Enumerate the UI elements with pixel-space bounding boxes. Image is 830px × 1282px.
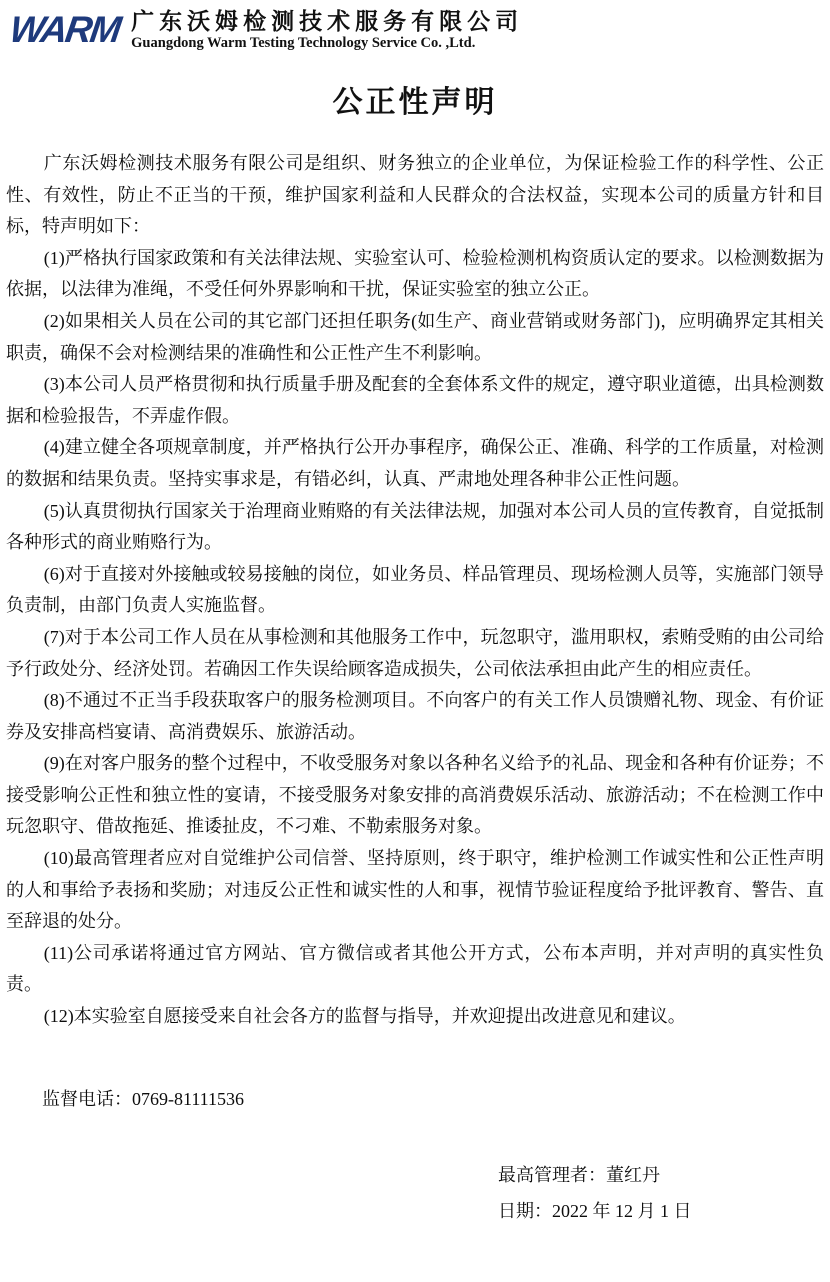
statement-item-2: (2)如果相关人员在公司的其它部门还担任职务(如生产、商业营销或财务部门)，应明…: [6, 306, 824, 369]
statement-item-5: (5)认真贯彻执行国家关于治理商业贿赂的有关法律法规，加强对本公司人员的宣传教育…: [6, 496, 824, 559]
statement-body: 广东沃姆检测技术服务有限公司是组织、财务独立的企业单位，为保证检验工作的科学性、…: [6, 148, 824, 1033]
intro-paragraph: 广东沃姆检测技术服务有限公司是组织、财务独立的企业单位，为保证检验工作的科学性、…: [6, 148, 824, 243]
statement-item-9: (9)在对客户服务的整个过程中，不收受服务对象以各种名义给予的礼品、现金和各种有…: [6, 748, 824, 843]
statement-item-12: (12)本实验室自愿接受来自社会各方的监督与指导，并欢迎提出改进意见和建议。: [6, 1001, 824, 1033]
company-logo: WARM: [7, 10, 122, 50]
manager-name: 董红丹: [606, 1165, 660, 1185]
letterhead: WARM 广东沃姆检测技术服务有限公司 Guangdong Warm Testi…: [10, 8, 824, 54]
statement-item-8: (8)不通过不正当手段获取客户的服务检测项目。不向客户的有关工作人员馈赠礼物、现…: [6, 685, 824, 748]
company-name-en: Guangdong Warm Testing Technology Servic…: [131, 35, 523, 51]
company-name-block: 广东沃姆检测技术服务有限公司 Guangdong Warm Testing Te…: [131, 8, 523, 51]
statement-item-3: (3)本公司人员严格贯彻和执行质量手册及配套的全套体系文件的规定，遵守职业道德，…: [6, 369, 824, 432]
statement-item-11: (11)公司承诺将通过官方网站、官方微信或者其他公开方式，公布本声明，并对声明的…: [6, 938, 824, 1001]
date-value: 2022 年 12 月 1 日: [552, 1201, 692, 1221]
manager-label: 最高管理者：: [498, 1165, 606, 1185]
manager-line: 最高管理者：董红丹: [498, 1157, 824, 1193]
statement-item-1: (1)严格执行国家政策和有关法律法规、实验室认可、检验检测机构资质认定的要求。以…: [6, 243, 824, 306]
date-line: 日期：2022 年 12 月 1 日: [498, 1193, 824, 1229]
document-title: 公正性声明: [6, 77, 824, 121]
date-label: 日期：: [498, 1201, 552, 1221]
supervision-phone-label: 监督电话：: [42, 1089, 132, 1109]
document-page: WARM 广东沃姆检测技术服务有限公司 Guangdong Warm Testi…: [0, 0, 830, 1229]
statement-item-7: (7)对于本公司工作人员在从事检测和其他服务工作中，玩忽职守，滥用职权，索贿受贿…: [6, 622, 824, 685]
supervision-phone-line: 监督电话：0769-81111536: [42, 1085, 824, 1113]
statement-item-10: (10)最高管理者应对自觉维护公司信誉、坚持原则，终于职守，维护检测工作诚实性和…: [6, 843, 824, 938]
statement-item-4: (4)建立健全各项规章制度，并严格执行公开办事程序，确保公正、准确、科学的工作质…: [6, 432, 824, 495]
supervision-phone-number: 0769-81111536: [132, 1089, 244, 1109]
company-name-zh: 广东沃姆检测技术服务有限公司: [131, 8, 523, 35]
signature-block: 最高管理者：董红丹 日期：2022 年 12 月 1 日: [498, 1157, 824, 1229]
statement-item-6: (6)对于直接对外接触或较易接触的岗位，如业务员、样品管理员、现场检测人员等，实…: [6, 559, 824, 622]
